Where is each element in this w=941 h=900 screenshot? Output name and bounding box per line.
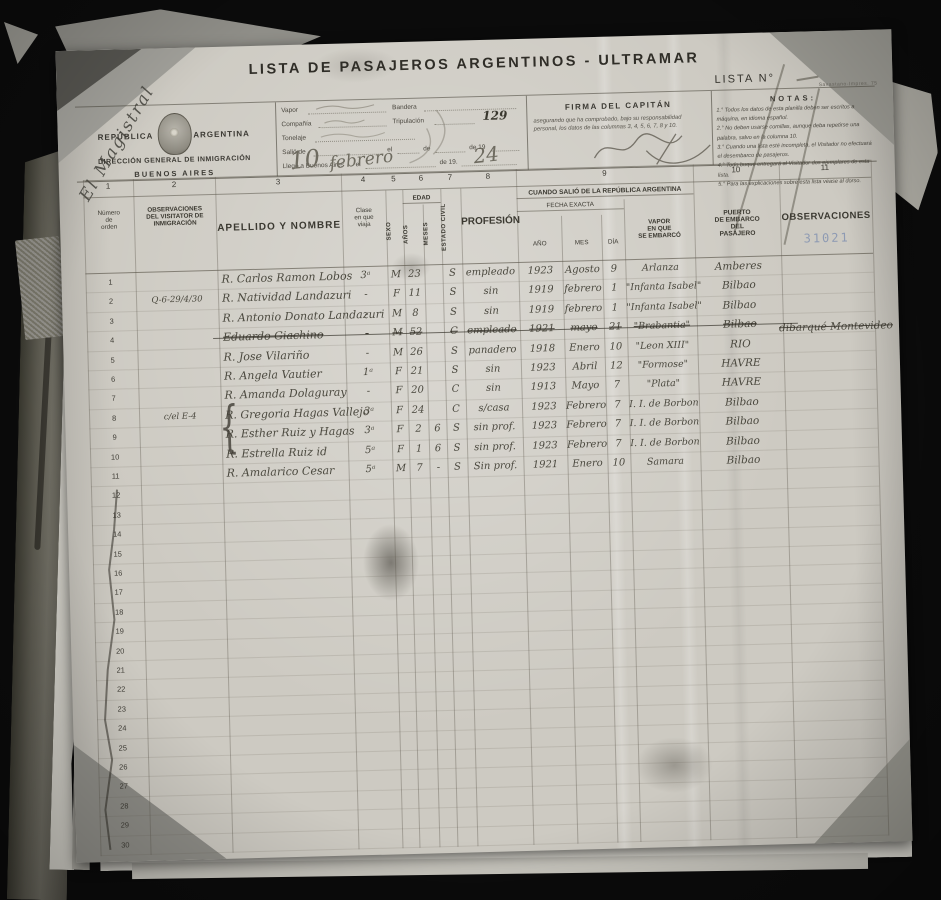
cell-ano: 1919 <box>519 301 563 321</box>
cell-meses: 6 <box>429 440 447 459</box>
cell-mes: Mayo <box>565 377 605 397</box>
cell-sexo: F <box>391 402 408 421</box>
row-number: 10 <box>90 448 140 468</box>
column-number: 4 <box>341 175 385 189</box>
row-number: 5 <box>87 351 137 371</box>
cell-sexo: M <box>388 305 405 324</box>
header-observaciones: OBSERVACIONES <box>780 210 872 223</box>
cell-anos: 11 <box>405 285 425 305</box>
header-vapor-embarco: VAPOR EN QUE SE EMBARCÓ <box>624 217 695 240</box>
cell-clase: 1ᵃ <box>346 363 390 383</box>
cell-anos: 21 <box>407 362 427 382</box>
cell-sexo: M <box>389 344 406 363</box>
row-number: 21 <box>96 661 146 681</box>
row-number: 3 <box>86 312 136 332</box>
cell-estado: S <box>445 361 465 381</box>
cell-ano: 1923 <box>518 262 562 282</box>
cell-clase: 3ᵃ <box>347 422 391 442</box>
cell-ano: 1919 <box>519 281 563 301</box>
arrival-year-handwritten: 24 <box>472 141 500 168</box>
cell-estado: S <box>443 284 463 304</box>
cell-anos: 1 <box>409 440 429 460</box>
cell-clase: - <box>346 383 390 403</box>
cell-estado: C <box>446 400 466 420</box>
header-numero: Número de orden <box>84 209 135 231</box>
paper-speck <box>4 22 38 64</box>
row-number: 29 <box>100 816 150 836</box>
cell-anos: 26 <box>406 343 426 363</box>
lista-number-label: LISTA N° <box>714 72 775 86</box>
row-number: 30 <box>100 835 150 855</box>
cell-estado: C <box>445 381 465 401</box>
header-cuando-salio: CUANDO SALIÓ DE LA REPÚBLICA ARGENTINA <box>516 185 693 199</box>
row-number: 13 <box>91 506 141 526</box>
cell-mes: Enero <box>564 338 604 358</box>
de-label: de <box>423 145 430 152</box>
cell-anos: 2 <box>408 421 428 441</box>
cell-anos: 20 <box>407 382 427 402</box>
cell-sexo: F <box>390 363 407 382</box>
captain-signature <box>586 129 717 168</box>
cell-estado: S <box>446 420 466 440</box>
cell-profesion: panadero <box>464 341 520 361</box>
lista-number-handwritten-mark <box>796 76 818 82</box>
tonelaje-label: Tonelaje <box>282 135 306 143</box>
column-number: 8 <box>460 171 516 185</box>
row-number: 28 <box>99 797 149 817</box>
cell-dia: 12 <box>605 357 628 377</box>
cell-anos: 23 <box>404 266 424 286</box>
cell-profesion: sin <box>463 282 519 302</box>
column-number: 10 <box>693 164 779 179</box>
cell-profesion: sin <box>463 302 519 322</box>
cell-profesion: sin prof. <box>466 418 522 438</box>
row-number: 6 <box>88 370 138 390</box>
cell-ano: 1921 <box>523 456 567 476</box>
cell-profesion: sin <box>465 379 521 399</box>
header-fecha-exacta: FECHA EXACTA <box>517 200 624 212</box>
header-mes: MES <box>562 239 602 247</box>
column-number: 1 <box>83 181 133 195</box>
cell-clase: 3ᵃ <box>343 266 387 286</box>
row-number: 27 <box>99 777 149 797</box>
cell-mes: Agosto <box>562 261 602 281</box>
cell-dia: 10 <box>604 338 627 358</box>
cell-dia: 7 <box>607 435 630 455</box>
header-ano: AÑO <box>518 240 562 248</box>
column-number: 7 <box>440 173 460 187</box>
cell-anos: 24 <box>408 401 428 421</box>
row-number: 1 <box>85 273 135 293</box>
cell-mes: Febrero <box>566 397 606 417</box>
cell-sexo: F <box>388 285 405 304</box>
cell-clase: - <box>345 344 389 364</box>
notas-box: NOTAS: 1.° Todos los datos de esta plani… <box>711 87 877 165</box>
header-meses: MESES <box>423 207 442 259</box>
cell-mes: Febrero <box>566 416 606 436</box>
cell-dia: 7 <box>606 396 629 416</box>
cell-profesion: sin <box>465 360 521 380</box>
cell-estado: S <box>444 342 464 362</box>
cell-profesion: s/casa <box>466 399 522 419</box>
row-number: 4 <box>87 331 137 351</box>
cell-ano: 1918 <box>520 339 564 359</box>
cell-ano: 1923 <box>522 417 566 437</box>
cell-estado: S <box>447 439 467 459</box>
row-number: 19 <box>95 622 145 642</box>
cell-clase: 3ᵃ <box>347 402 391 422</box>
row-number: 22 <box>96 680 146 700</box>
cell-clase: - <box>344 305 388 325</box>
cell-meses: 6 <box>428 420 446 439</box>
cell-dia: 1 <box>603 299 626 319</box>
registry-stamp-number: 31021 <box>781 230 873 246</box>
cell-dia: 9 <box>602 260 625 280</box>
cell-sexo: F <box>391 421 408 440</box>
cell-mes: Febrero <box>567 435 607 455</box>
row-number: 20 <box>95 642 145 662</box>
row-number: 12 <box>91 486 141 506</box>
column-number: 3 <box>215 176 341 192</box>
captain-small-print: asegurando que ha comprobado, bajo su re… <box>533 113 703 134</box>
header-sexo: SEXO <box>386 202 405 260</box>
captain-title: FIRMA DEL CAPITÁN <box>525 99 711 113</box>
row-number: 24 <box>97 719 147 739</box>
header-clase: Clase en que viaja <box>342 206 387 228</box>
header-obs-visitator: OBSERVACIONES DEL VISITATOR DE INMIGRACI… <box>134 205 217 228</box>
cell-mes: Enero <box>567 455 607 475</box>
row-number: 15 <box>92 545 142 565</box>
cell-profesion: empleado <box>462 263 518 283</box>
scanned-photo: El Magistral LISTA DE PASAJEROS ARGENTIN… <box>0 0 941 900</box>
header-dia: DÍA <box>602 238 625 246</box>
cell-anos: 7 <box>409 459 429 479</box>
cell-profesion: Sin prof. <box>467 457 523 477</box>
cell-dia: 7 <box>606 415 629 435</box>
cell-dia: 7 <box>605 377 628 397</box>
row-number: 17 <box>93 583 143 603</box>
cell-ano: 1923 <box>523 436 567 456</box>
header-edad: EDAD <box>402 194 440 204</box>
row-number: 23 <box>97 700 147 720</box>
header-puerto: PUERTO DE EMBARCO DEL PASAJERO <box>694 208 781 238</box>
agency-block: REPÚBLICAARGENTINA DIRECCIÓN GENERAL DE … <box>75 102 273 181</box>
cell-profesion: sin prof. <box>467 438 523 458</box>
agency-direccion: DIRECCIÓN GENERAL DE INMIGRACIÓN <box>76 154 272 166</box>
cell-mes: febrero <box>563 280 603 300</box>
row-number: 2 <box>86 292 136 312</box>
cell-estado: S <box>443 303 463 323</box>
cell-ano: 1923 <box>521 359 565 379</box>
agency-argentina: ARGENTINA <box>193 129 250 139</box>
ship-form: Vapor Bandera Compañía Tripulación 129 T… <box>275 96 529 177</box>
tripulacion-label: Tripulación <box>392 117 424 125</box>
cell-anos: 8 <box>405 304 425 324</box>
vapor-label: Vapor <box>281 107 298 114</box>
compania-label: Compañía <box>281 120 311 128</box>
cell-dia: 10 <box>607 454 630 474</box>
row-number: 8 <box>89 409 139 429</box>
column-number: 11 <box>779 162 871 177</box>
cell-meses: - <box>429 459 447 478</box>
bandera-label: Bandera <box>392 104 417 112</box>
cell-sexo: M <box>387 266 404 285</box>
cell-clase: - <box>344 286 388 306</box>
cell-estado: S <box>442 265 462 285</box>
cell-mes: febrero <box>563 300 603 320</box>
cell-ano: 1913 <box>521 378 565 398</box>
row-number: 14 <box>92 525 142 545</box>
header-estado-civil: ESTADO CIVIL <box>440 193 462 262</box>
column-number: 6 <box>402 173 440 187</box>
column-number: 5 <box>385 174 402 187</box>
row-number: 7 <box>88 389 138 409</box>
tripulacion-value: 129 <box>482 108 507 123</box>
agency-republica: REPÚBLICA <box>98 132 154 142</box>
cell-clase: 5ᵃ <box>348 460 392 480</box>
cell-sexo: F <box>392 441 409 460</box>
cell-sexo: M <box>392 460 409 479</box>
cell-clase: 5ᵃ <box>348 441 392 461</box>
row-number: 18 <box>94 603 144 623</box>
llego-de19-label: de 19. <box>439 159 457 166</box>
cell-estado: S <box>447 458 467 478</box>
cell-dia: 1 <box>603 280 626 300</box>
cell-ano: 1923 <box>522 398 566 418</box>
document-page: El Magistral LISTA DE PASAJEROS ARGENTIN… <box>56 29 913 863</box>
row-number: 11 <box>90 467 140 487</box>
cell-mes: Abril <box>565 358 605 378</box>
row-number: 9 <box>89 428 139 448</box>
row-number: 16 <box>93 564 143 584</box>
captain-signature-box: FIRMA DEL CAPITÁN asegurando que ha comp… <box>525 91 714 170</box>
column-number: 2 <box>133 179 215 194</box>
row-number: 26 <box>98 758 148 778</box>
cell-sexo: F <box>390 382 407 401</box>
family-group-brace: { <box>219 399 240 455</box>
row-number: 25 <box>98 739 148 759</box>
arrival-day-handwritten: 10 <box>288 144 322 175</box>
header-anos: AÑOS <box>403 208 424 261</box>
header-profesion: PROFESIÓN <box>461 215 517 227</box>
header-apellido: APELLIDO Y NOMBRE <box>216 220 342 234</box>
